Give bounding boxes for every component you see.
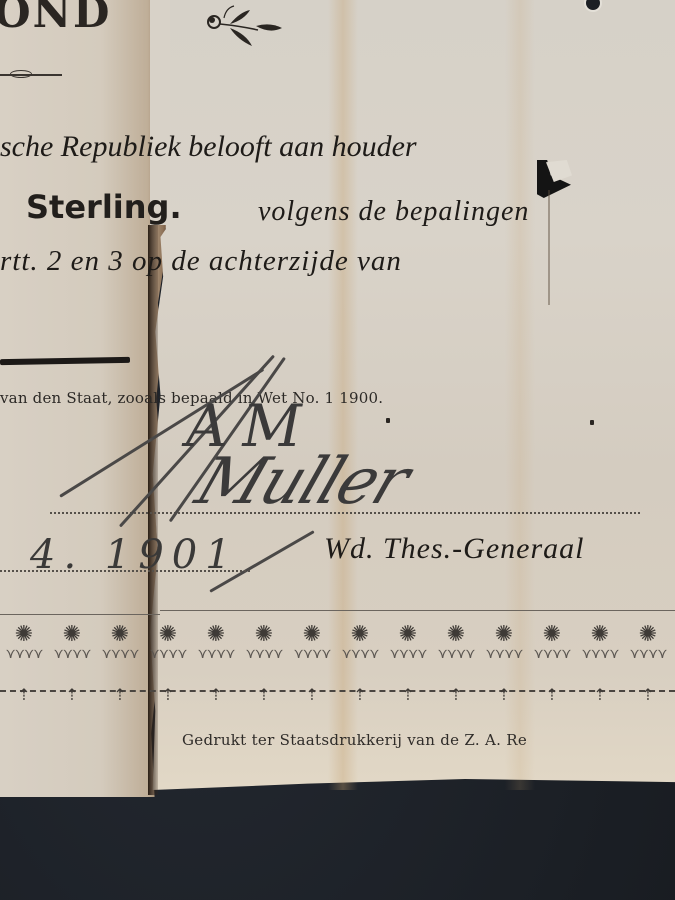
flourish-loop	[10, 70, 32, 78]
printer-imprint: Gedrukt ter Staatsdrukkerij van de Z. A.…	[182, 731, 527, 749]
rule-right	[160, 610, 675, 611]
handwritten-date: 4. 1901	[30, 532, 239, 578]
body-line-2: volgens de bepalingen	[258, 196, 529, 228]
ornament-row-sun: ✺✺✺✺✺✺✺✺✺✺✺✺✺✺	[0, 622, 675, 647]
title-fragment: OND	[0, 0, 111, 37]
ornament-row-arrow: ⇡⇡⇡⇡⇡⇡⇡⇡⇡⇡⇡⇡⇡⇡	[0, 685, 675, 704]
signature: Muller	[187, 445, 418, 519]
body-line-1: sche Republiek belooft aan houder	[0, 130, 417, 164]
body-line-3: rtt. 2 en 3 op de achterzijde van	[0, 245, 402, 278]
signatory-title: Wd. Thes.-Generaal	[324, 532, 584, 566]
currency-word: Sterling.	[26, 188, 182, 226]
flower-sprig-icon	[200, 4, 290, 48]
ink-tick	[386, 418, 390, 423]
ink-tick	[590, 420, 594, 425]
paper-crack	[548, 190, 550, 305]
fold-stain	[505, 0, 535, 790]
photo-scene: OND sche Republiek belooft aan houder St…	[0, 0, 675, 900]
tear-edge-shadow	[148, 225, 158, 795]
rule-left	[0, 614, 160, 615]
ornament-row-fringe: ⋎⋎⋎⋎⋎⋎⋎⋎⋎⋎⋎⋎⋎⋎⋎⋎⋎⋎⋎⋎⋎⋎⋎⋎⋎⋎⋎⋎⋎⋎⋎⋎⋎⋎⋎⋎⋎⋎⋎⋎…	[0, 646, 675, 662]
